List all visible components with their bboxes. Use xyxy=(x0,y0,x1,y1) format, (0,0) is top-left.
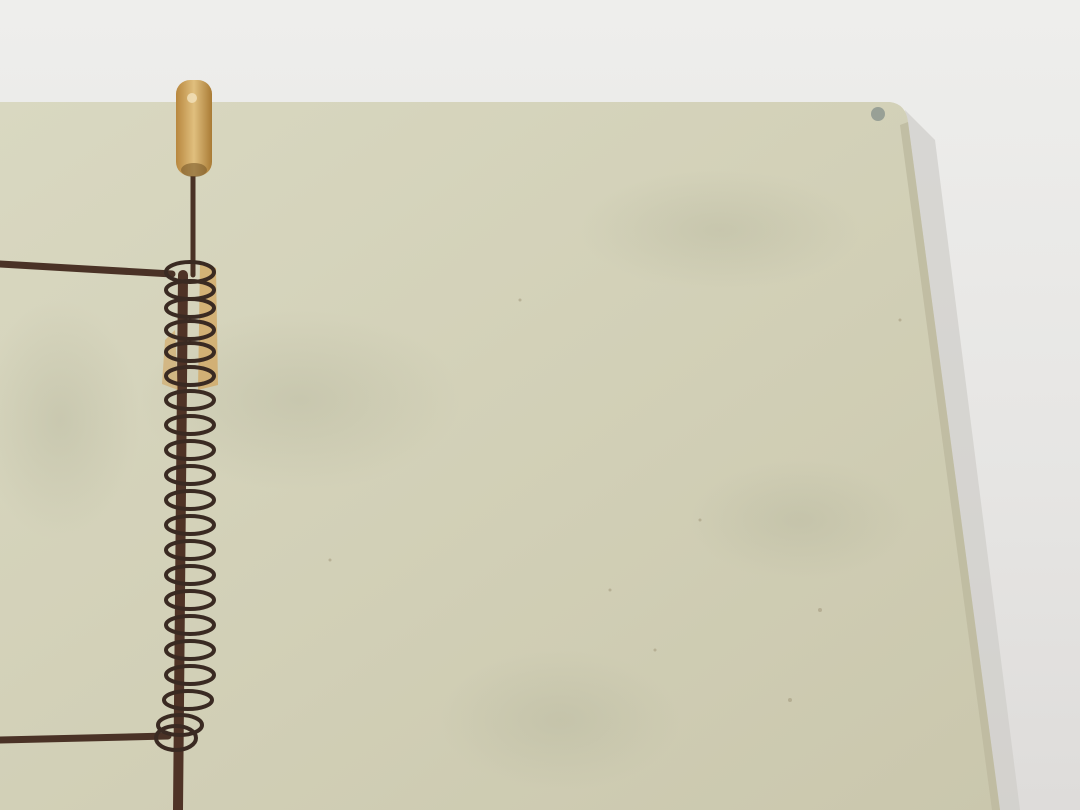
amber-cap-top xyxy=(176,80,212,177)
board xyxy=(0,102,1000,810)
photo-scene xyxy=(0,0,1080,810)
